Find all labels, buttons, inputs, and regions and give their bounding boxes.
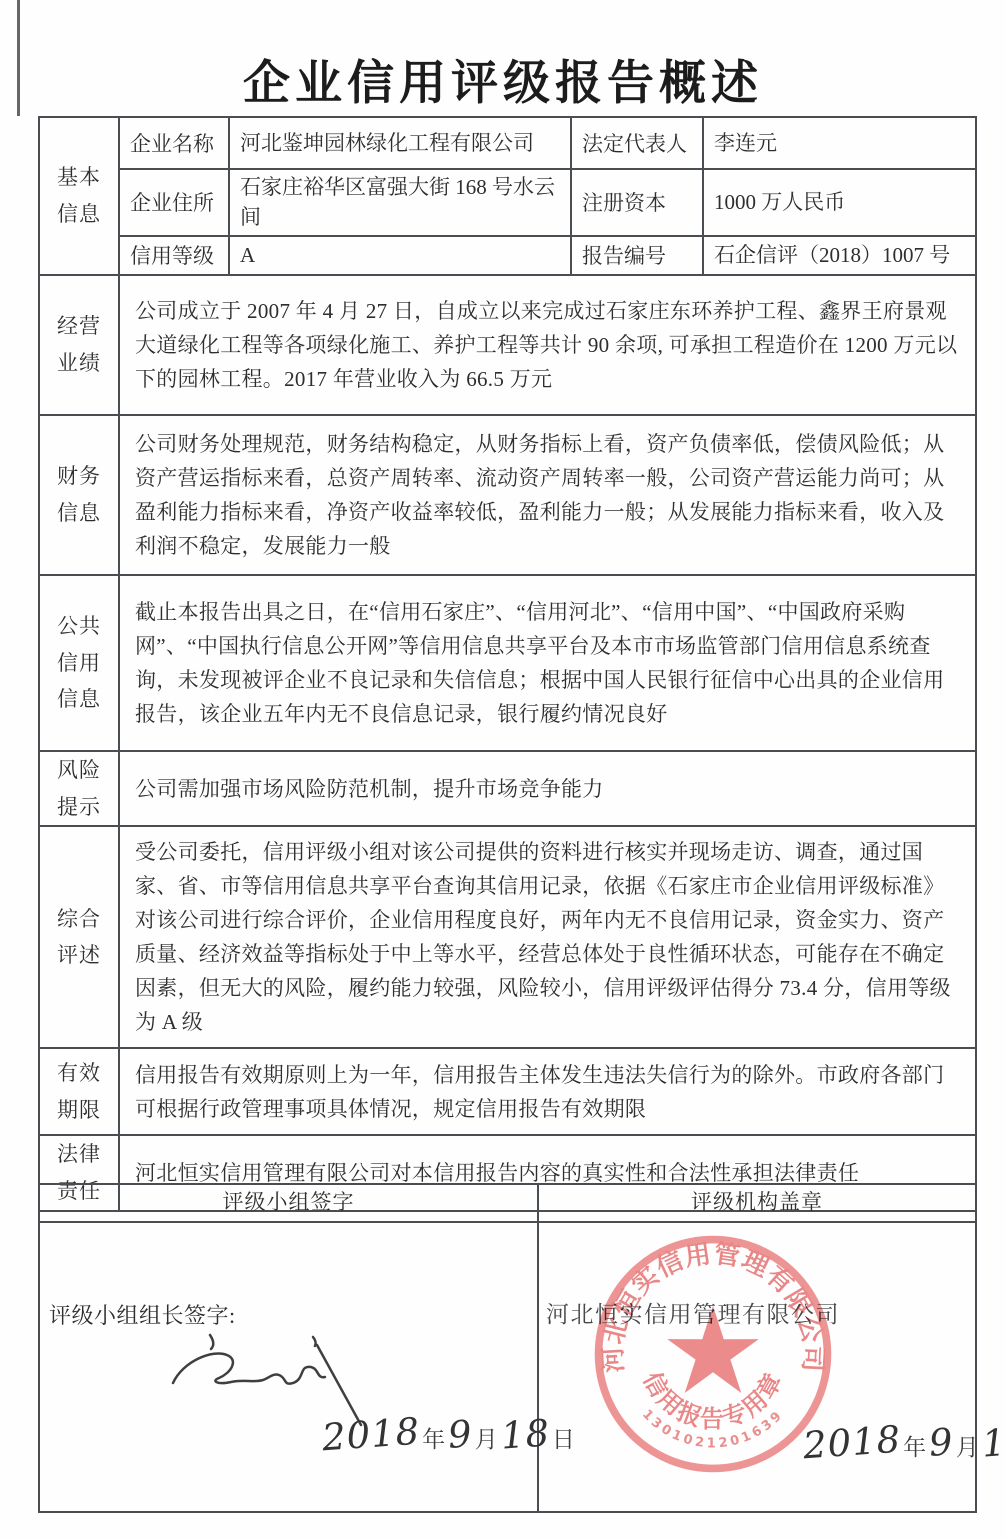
section-text-validity-period: 信用报告有效期原则上为一年，信用报告主体发生违法失信行为的除外。市政府各部门可根… bbox=[119, 1048, 976, 1135]
seal-date-year: 2018 bbox=[802, 1418, 903, 1468]
field-label-credit-rating: 信用等级 bbox=[119, 236, 229, 275]
field-value-legal-representative: 李连元 bbox=[703, 117, 976, 169]
section-text-risk-warning: 公司需加强市场风险防范机制，提升市场竞争能力 bbox=[119, 751, 976, 827]
table-row: 有效期限 信用报告有效期原则上为一年，信用报告主体发生违法失信行为的除外。市政府… bbox=[39, 1048, 976, 1135]
section-label-financial-info: 财务信息 bbox=[39, 415, 119, 575]
table-row: 风险提示 公司需加强市场风险防范机制，提升市场竞争能力 bbox=[39, 751, 976, 827]
table-row: 经营业绩 公司成立于 2007 年 4 月 27 日，自成立以来完成过石家庄东环… bbox=[39, 275, 976, 415]
section-text-comprehensive-review: 受公司委托，信用评级小组对该公司提供的资料进行核实并现场走访、调查，通过国家、省… bbox=[119, 826, 976, 1048]
seal-cell: 河北恒实信用管理有限公司 河北恒实信用管理有限公司 bbox=[538, 1222, 976, 1512]
signoff-header-agency-seal: 评级机构盖章 bbox=[538, 1184, 976, 1222]
field-value-company-address: 石家庄裕华区富强大街 168 号水云间 bbox=[229, 169, 571, 236]
field-value-report-number: 石企信评（2018）1007 号 bbox=[703, 236, 976, 275]
field-value-registered-capital: 1000 万人民币 bbox=[703, 169, 976, 236]
table-row: 综合评述 受公司委托，信用评级小组对该公司提供的资料进行核实并现场走访、调查，通… bbox=[39, 826, 976, 1048]
seal-date-year-unit: 年 bbox=[903, 1435, 926, 1460]
section-label-public-credit-info: 公共信用信息 bbox=[39, 575, 119, 751]
section-label-validity-period: 有效期限 bbox=[39, 1048, 119, 1135]
section-label-risk-warning: 风险提示 bbox=[39, 751, 119, 827]
table-row: 评级小组签字 评级机构盖章 bbox=[39, 1184, 976, 1222]
signature-date-year: 2018 bbox=[321, 1410, 422, 1460]
signature-date-month: 9 bbox=[447, 1412, 474, 1457]
signature-date-year-unit: 年 bbox=[422, 1427, 445, 1452]
field-label-registered-capital: 注册资本 bbox=[571, 169, 703, 236]
company-stamp: 河北恒实信用管理有限公司 信用报告专用章 1301021201639 bbox=[588, 1229, 838, 1479]
section-text-public-credit-info: 截止本报告出具之日，在“信用石家庄”、“信用河北”、“信用中国”、“中国政府采购… bbox=[119, 575, 976, 751]
table-row: 财务信息 公司财务处理规范，财务结构稳定，从财务指标上看，资产负债率低，偿债风险… bbox=[39, 415, 976, 575]
seal-date-month: 9 bbox=[928, 1420, 955, 1465]
table-row: 评级小组组长签字: 2018年9月18日 河北恒实信用 bbox=[39, 1222, 976, 1512]
field-label-company-address: 企业住所 bbox=[119, 169, 229, 236]
seal-date-month-unit: 月 bbox=[956, 1435, 979, 1460]
field-label-legal-representative: 法定代表人 bbox=[571, 117, 703, 169]
table-row: 基本信息 企业名称 河北鉴坤园林绿化工程有限公司 法定代表人 李连元 bbox=[39, 117, 976, 169]
field-value-credit-rating: A bbox=[229, 236, 571, 275]
report-table: 基本信息 企业名称 河北鉴坤园林绿化工程有限公司 法定代表人 李连元 企业住所 … bbox=[38, 116, 977, 1212]
field-label-company-name: 企业名称 bbox=[119, 117, 229, 169]
signature-date-month-unit: 月 bbox=[475, 1427, 498, 1452]
seal-date-day: 18 bbox=[980, 1419, 1006, 1465]
section-label-business-performance: 经营业绩 bbox=[39, 275, 119, 415]
signature-cell: 评级小组组长签字: 2018年9月18日 bbox=[39, 1222, 538, 1512]
section-label-comprehensive-review: 综合评述 bbox=[39, 826, 119, 1048]
section-text-business-performance: 公司成立于 2007 年 4 月 27 日，自成立以来完成过石家庄东环养护工程、… bbox=[119, 275, 976, 415]
stamp-star-icon bbox=[667, 1306, 759, 1393]
signoff-table: 评级小组签字 评级机构盖章 评级小组组长签字: 20 bbox=[38, 1183, 977, 1513]
table-row: 信用等级 A 报告编号 石企信评（2018）1007 号 bbox=[39, 236, 976, 275]
field-label-report-number: 报告编号 bbox=[571, 236, 703, 275]
credit-report-page: 企业信用评级报告概述 基本信息 企业名称 河北鉴坤园林绿化工程有限公司 法定代表… bbox=[0, 0, 1006, 1539]
field-value-company-name: 河北鉴坤园林绿化工程有限公司 bbox=[229, 117, 571, 169]
page-title: 企业信用评级报告概述 bbox=[0, 46, 1006, 113]
signoff-header-team-signature: 评级小组签字 bbox=[39, 1184, 538, 1222]
table-row: 企业住所 石家庄裕华区富强大街 168 号水云间 注册资本 1000 万人民币 bbox=[39, 169, 976, 236]
section-text-financial-info: 公司财务处理规范，财务结构稳定，从财务指标上看，资产负债率低，偿债风险低；从资产… bbox=[119, 415, 976, 575]
section-label-basic-info: 基本信息 bbox=[39, 117, 119, 275]
seal-date: 2018年9月18日 bbox=[803, 1421, 1006, 1464]
table-row: 公共信用信息 截止本报告出具之日，在“信用石家庄”、“信用河北”、“信用中国”、… bbox=[39, 575, 976, 751]
